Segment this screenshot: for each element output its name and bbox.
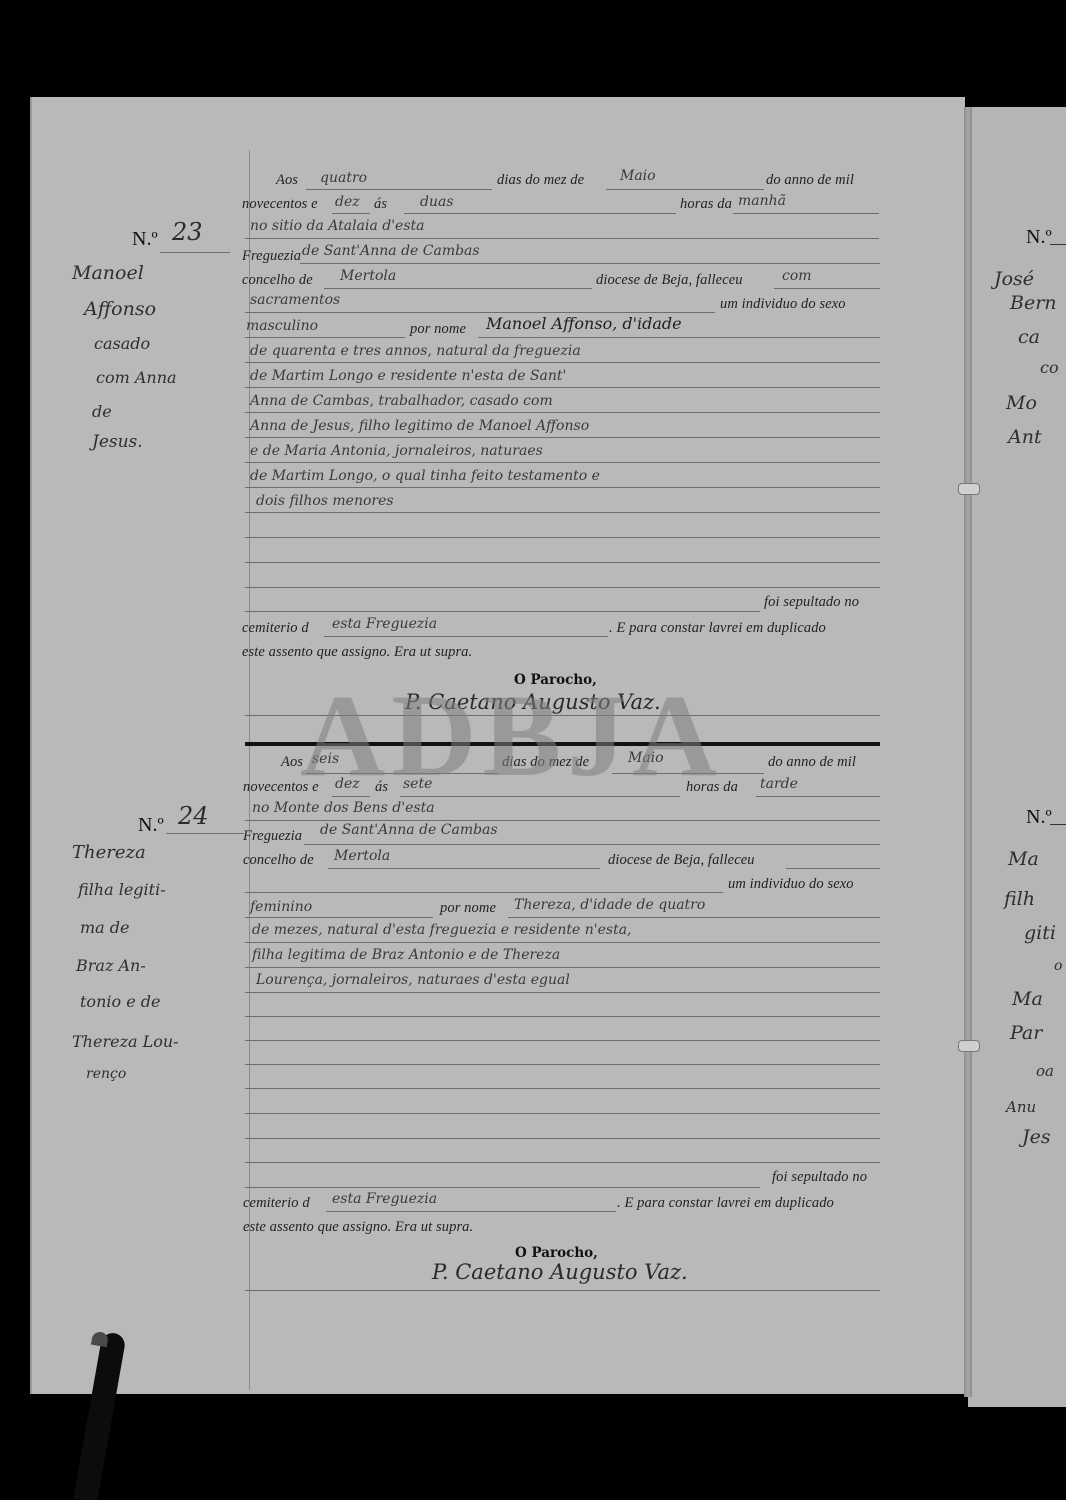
text-document-form_labels-diocese: diocese de Beja, falleceu	[608, 852, 755, 869]
text-document-form_labels-foi_sepultado: foi sepultado no	[772, 1169, 867, 1186]
text-entries-0-margin_note-4: de	[92, 402, 112, 421]
form-rule-line	[774, 288, 880, 289]
form-rule-line	[245, 1040, 880, 1041]
text-entries-1-sexo: feminino	[250, 899, 312, 915]
text-document-form_labels-concelho_de: concelho de	[243, 852, 314, 869]
form-rule-line	[245, 892, 723, 893]
form-rule-line	[332, 796, 370, 797]
form-rule-line	[245, 1187, 760, 1188]
text-document-form_labels-este_assento: este assento que assigno. Era ut supra.	[243, 1219, 473, 1236]
form-rule-line	[332, 213, 370, 214]
form-rule-line	[245, 1088, 880, 1089]
text-document-form_labels-aos: Aos	[276, 172, 298, 189]
form-rule-line	[245, 1138, 880, 1139]
text-document-form_labels-concelho_de: concelho de	[242, 272, 313, 289]
text-entries-1-margin_note-5: Thereza Lou-	[72, 1032, 179, 1051]
form-rule-line	[306, 189, 492, 190]
entry-number: 23	[172, 218, 203, 246]
text-facing_page-number_label: N.º	[1026, 226, 1052, 249]
text-entries-0-year: dez	[335, 194, 360, 210]
text-document-form_labels-por_nome: por nome	[440, 900, 496, 917]
text-document-form_labels-do_anno_de_mil: do anno de mil	[766, 172, 854, 189]
text-facing_page-margin_fragments_top-4: Mo	[1006, 392, 1037, 414]
form-rule-line	[245, 462, 880, 463]
text-document-form_labels-este_assento: este assento que assigno. Era ut supra.	[242, 644, 472, 661]
text-document-form_labels-freguezia: Freguezia	[243, 828, 302, 845]
text-entries-0-text_lines-0: de quarenta e tres annos, natural da fre…	[250, 343, 581, 359]
text-facing_page-margin_fragments_top-0: José	[994, 268, 1034, 290]
text-document-form_labels-dias_do_mez_de: dias do mez de	[497, 172, 584, 189]
form-rule-line	[328, 868, 600, 869]
form-rule-line	[1050, 244, 1066, 245]
text-entries-0-text_lines-6: dois filhos menores	[256, 493, 394, 509]
text-facing_page-margin_fragments_bottom-1: filh	[1004, 888, 1035, 910]
text-document-form_labels-do_anno_de_mil: do anno de mil	[768, 754, 856, 771]
text-document-form_labels-cemiterio: cemiterio d	[242, 620, 309, 637]
text-document-form_labels-um_individuo: um individuo do sexo	[728, 876, 854, 893]
form-rule-line	[245, 611, 760, 612]
text-entries-1-nome_line: Thereza, d'idade de quatro	[514, 897, 705, 913]
text-entries-1-margin_note-3: Braz An-	[76, 956, 146, 975]
text-entries-0-text_lines-2: Anna de Cambas, trabalhador, casado com	[250, 393, 553, 409]
text-document-form_labels-aos: Aos	[281, 754, 303, 771]
parocho-title: O Parocho,	[514, 672, 597, 688]
text-entries-1-margin_note-0: Thereza	[72, 842, 146, 863]
text-document-form_labels-por_nome: por nome	[410, 321, 466, 338]
form-rule-line	[245, 1290, 880, 1291]
text-entries-1-cemiterio: esta Freguezia	[332, 1191, 437, 1207]
text-entries-0-text_lines-5: de Martim Longo, o qual tinha feito test…	[250, 468, 600, 484]
text-entries-0-concelho: Mertola	[340, 268, 396, 284]
form-rule-line	[1050, 824, 1066, 825]
text-document-form_labels-um_individuo: um individuo do sexo	[720, 296, 846, 313]
text-facing_page-margin_fragments_top-2: ca	[1018, 326, 1040, 348]
entry-divider	[245, 742, 880, 746]
text-facing_page-margin_fragments_top-1: Bern	[1010, 292, 1057, 314]
form-rule-line	[245, 337, 405, 338]
text-document-form_labels-diocese: diocese de Beja, falleceu	[596, 272, 743, 289]
text-entries-1-margin_note-6: renço	[86, 1066, 126, 1082]
signature: P. Caetano Augusto Vaz.	[405, 690, 661, 714]
text-document-form_labels-horas_da: horas da	[680, 196, 732, 213]
text-document-form_labels-horas_da: horas da	[686, 779, 738, 796]
text-entries-1-place_line: no Monte dos Bens d'esta	[252, 800, 435, 816]
text-entries-0-margin_note-0: Manoel	[72, 262, 144, 284]
text-document-form_labels-as: ás	[374, 196, 387, 213]
text-entries-0-period: manhã	[738, 193, 786, 209]
form-rule-line	[306, 773, 498, 774]
number-label: N.º	[138, 814, 164, 837]
form-rule-line	[324, 288, 592, 289]
text-document-form_labels-dias_do_mez_de: dias do mez de	[502, 754, 589, 771]
form-rule-line	[245, 715, 880, 716]
form-rule-line	[160, 252, 230, 253]
book-spine	[964, 107, 972, 1397]
text-entries-1-text_lines-2: Lourença, jornaleiros, naturaes d'esta e…	[256, 972, 570, 988]
parocho-title: O Parocho,	[515, 1245, 598, 1261]
text-document-form_labels-foi_sepultado: foi sepultado no	[764, 594, 859, 611]
text-entries-0-hour: duas	[420, 194, 454, 210]
text-entries-1-margin_note-1: filha legiti-	[78, 880, 166, 899]
form-rule-line	[245, 917, 433, 918]
form-rule-line	[404, 213, 676, 214]
text-document-form_labels-cemiterio: cemiterio d	[243, 1195, 310, 1212]
text-facing_page-margin_fragments_bottom-6: oa	[1036, 1062, 1054, 1080]
form-rule-line	[245, 1064, 880, 1065]
text-entries-1-margin_note-2: ma de	[80, 918, 130, 937]
form-rule-line	[245, 967, 880, 968]
text-document-form_labels-novecentos_e: novecentos e	[242, 196, 318, 213]
form-rule-line	[245, 942, 880, 943]
text-entries-1-period: tarde	[760, 776, 798, 792]
text-document-form_labels-para_constar: . E para constar lavrei em duplicado	[617, 1195, 834, 1212]
text-entries-1-freguezia: de Sant'Anna de Cambas	[320, 822, 498, 838]
form-rule-line	[245, 1016, 880, 1017]
text-facing_page-margin_fragments_bottom-5: Par	[1010, 1022, 1042, 1044]
entry-number: 24	[178, 802, 209, 830]
text-entries-0-sexo: masculino	[246, 318, 318, 334]
form-rule-line	[245, 312, 715, 313]
text-entries-0-sacrament_line: sacramentos	[250, 292, 340, 308]
form-rule-line	[304, 844, 880, 845]
binding-stitch	[958, 1040, 980, 1052]
form-rule-line	[478, 337, 880, 338]
text-facing_page-margin_fragments_top-3: co	[1040, 358, 1059, 377]
text-facing_page-number_label: N.º	[1026, 806, 1052, 829]
form-rule-line	[245, 820, 880, 821]
form-rule-line	[786, 868, 880, 869]
form-rule-line	[245, 437, 880, 438]
text-document-form_labels-novecentos_e: novecentos e	[243, 779, 319, 796]
form-rule-line	[245, 512, 880, 513]
form-rule-line	[245, 587, 880, 588]
day-value: quatro	[320, 170, 367, 186]
form-rule-line	[300, 263, 880, 264]
form-rule-line	[245, 537, 880, 538]
text-facing_page-margin_fragments_bottom-7: Anu	[1006, 1098, 1036, 1116]
text-facing_page-margin_fragments_bottom-0: Ma	[1008, 848, 1039, 870]
text-entries-1-day: seis	[312, 751, 339, 767]
form-rule-line	[245, 238, 879, 239]
text-entries-1-concelho: Mertola	[334, 848, 390, 864]
text-facing_page-margin_fragments_bottom-4: Ma	[1012, 988, 1043, 1010]
text-entries-1-year: dez	[335, 776, 360, 792]
text-facing_page-margin_fragments_bottom-3: o	[1054, 958, 1062, 974]
text-entries-0-falleceu_suffix: com	[782, 268, 812, 284]
form-rule-line	[166, 833, 244, 834]
text-facing_page-margin_fragments_bottom-8: Jes	[1022, 1126, 1051, 1148]
text-entries-0-text_lines-4: e de Maria Antonia, jornaleiros, naturae…	[250, 443, 543, 459]
text-entries-0-margin_note-3: com Anna	[96, 368, 177, 387]
text-facing_page-margin_fragments_top-5: Ant	[1008, 426, 1042, 448]
text-entries-0-text_lines-3: Anna de Jesus, filho legitimo de Manoel …	[250, 418, 589, 434]
form-rule-line	[733, 213, 879, 214]
text-document-form_labels-as: ás	[375, 779, 388, 796]
form-rule-line	[400, 796, 680, 797]
text-facing_page-margin_fragments_bottom-2: giti	[1024, 922, 1056, 944]
text-entries-0-margin_note-2: casado	[94, 334, 150, 353]
text-entries-0-nome_line: Manoel Affonso, d'idade	[486, 314, 682, 333]
form-rule-line	[606, 189, 764, 190]
form-rule-line	[756, 796, 880, 797]
text-entries-0-margin_note-5: Jesus.	[92, 432, 143, 452]
form-rule-line	[508, 917, 880, 918]
form-rule-line	[245, 487, 880, 488]
form-rule-line	[245, 1162, 880, 1163]
form-rule-line	[326, 1211, 616, 1212]
text-entries-1-text_lines-1: filha legitima de Braz Antonio e de Ther…	[252, 947, 560, 963]
text-entries-0-place_line: no sitio da Atalaia d'esta	[250, 218, 425, 234]
month-value: Maio	[620, 168, 656, 184]
form-rule-line	[245, 992, 880, 993]
text-entries-0-freguezia: de Sant'Anna de Cambas	[302, 243, 480, 259]
form-rule-line	[245, 562, 880, 563]
text-document-form_labels-freguezia: Freguezia	[242, 248, 301, 265]
text-entries-0-margin_note-1: Affonso	[84, 298, 156, 320]
text-entries-0-cemiterio: esta Freguezia	[332, 616, 437, 632]
text-entries-1-text_lines-0: de mezes, natural d'esta freguezia e res…	[252, 922, 632, 938]
text-entries-0-text_lines-1: de Martim Longo e residente n'esta de Sa…	[250, 368, 566, 384]
binding-stitch	[958, 483, 980, 495]
form-rule-line	[245, 387, 880, 388]
form-rule-line	[245, 362, 880, 363]
form-rule-line	[324, 636, 608, 637]
signature: P. Caetano Augusto Vaz.	[432, 1260, 688, 1284]
form-rule-line	[612, 773, 764, 774]
number-label: N.º	[132, 228, 158, 251]
form-rule-line	[245, 1113, 880, 1114]
text-entries-1-margin_note-4: tonio e de	[80, 992, 160, 1011]
text-document-form_labels-para_constar: . E para constar lavrei em duplicado	[609, 620, 826, 637]
text-entries-1-hour: sete	[403, 776, 432, 792]
text-entries-1-month: Maio	[628, 750, 664, 766]
form-rule-line	[245, 412, 880, 413]
